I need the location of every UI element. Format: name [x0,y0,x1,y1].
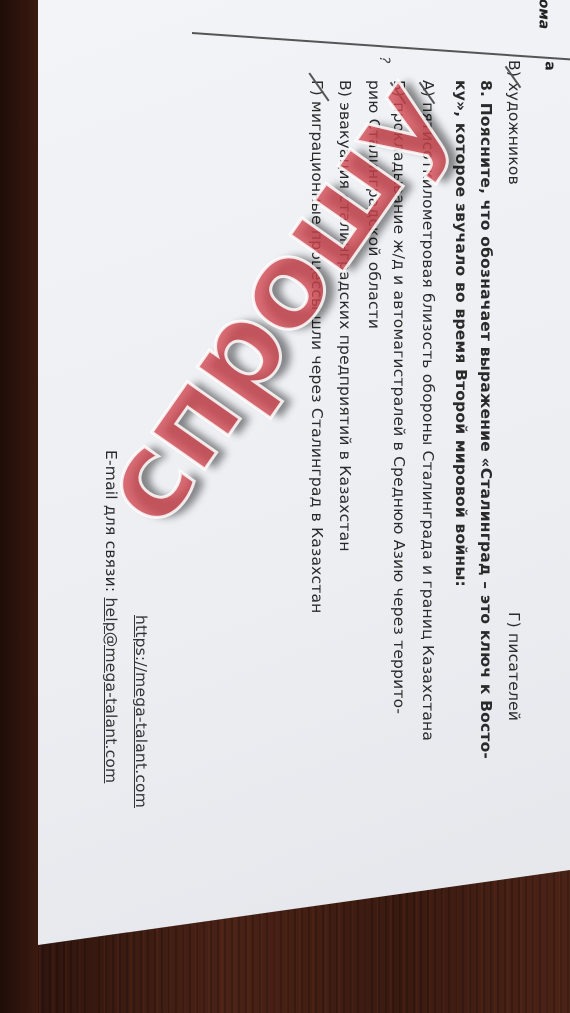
option-g-writers: Г) писателей [505,612,523,721]
question-text-line-1: 8. Поясните, что обозначает выражение «С… [477,80,495,759]
handwritten-question-mark: ? [376,56,392,64]
question-number: 8. [477,80,495,97]
question-text: Поясните, что обозначает выражение «Стал… [477,103,495,759]
site-link[interactable]: https://mega-talant.com [132,615,150,808]
email-link[interactable]: help@mega-talant.com [102,597,120,783]
rotated-document: В) художников Г) писателей 8. Поясните, … [0,0,570,1013]
